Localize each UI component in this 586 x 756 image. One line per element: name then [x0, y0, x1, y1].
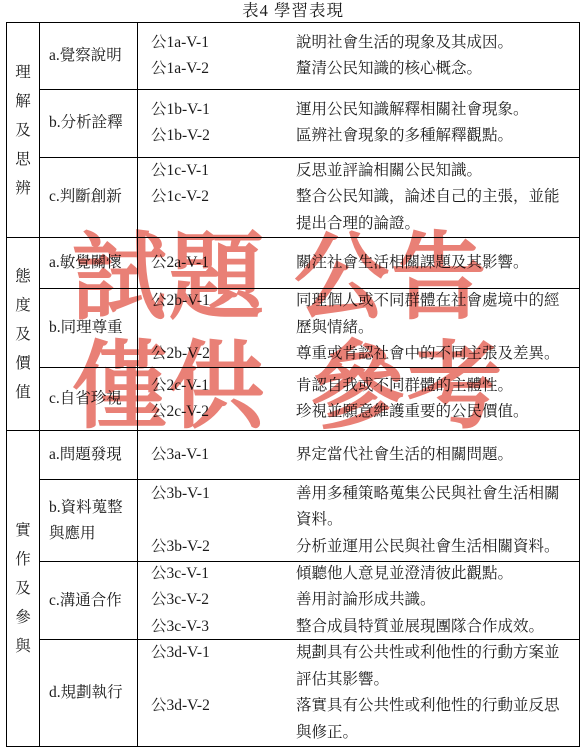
- category-cell: 實作及參與: [7, 431, 40, 746]
- content-line: 公3c-V-2善用討論形成共識。: [151, 587, 579, 614]
- category-char: 及: [15, 574, 31, 603]
- content-line: 公3b-V-1善用多種策略蒐集公民與社會生活相關 資料。: [151, 481, 579, 534]
- table-row: a.敏覺關懷公2a-V-1關注社會生活相關課題及其影響。: [40, 238, 579, 289]
- code-cell: 公2c-V-1: [151, 373, 296, 400]
- code-cell: 公1b-V-2: [151, 123, 296, 150]
- code-cell: 公1c-V-2: [151, 184, 296, 211]
- row-content: 公3d-V-1規劃具有公共性或利他性的行動方案並 評估其影響。公3d-V-2落實…: [138, 640, 579, 746]
- category-char: 思: [15, 145, 31, 174]
- content-line: 公1b-V-1運用公民知識解釋相關社會現象。: [151, 97, 579, 124]
- description-cell: 規劃具有公共性或利他性的行動方案並 評估其影響。: [296, 640, 570, 693]
- code-cell: 公2b-V-1: [151, 288, 296, 315]
- description-cell: 善用討論形成共識。: [296, 587, 570, 614]
- description-cell: 傾聽他人意見並澄清彼此觀點。: [296, 561, 570, 588]
- code-cell: 公1b-V-1: [151, 97, 296, 124]
- category-cell: 態度及價值: [7, 238, 40, 430]
- category-char: 與: [15, 632, 31, 661]
- category-char: 解: [15, 87, 31, 116]
- row-content: 公1a-V-1說明社會生活的現象及其成因。公1a-V-2釐清公民知識的核心概念。: [138, 23, 579, 89]
- code-cell: 公2b-V-2: [151, 341, 296, 368]
- category-char: 理: [15, 58, 31, 87]
- content-line: 公3c-V-1傾聽他人意見並澄清彼此觀點。: [151, 561, 579, 588]
- row-label: a.敏覺關懷: [40, 238, 138, 288]
- code-cell: 公3c-V-1: [151, 561, 296, 588]
- row-content: 公2a-V-1關注社會生活相關課題及其影響。: [138, 238, 579, 288]
- row-content: 公1c-V-1反思並評論相關公民知識。公1c-V-2整合公民知識，論述自己的主張…: [138, 158, 579, 238]
- table-row: c.自省珍視公2c-V-1肯認自我或不同群體的主體性。公2c-V-2珍視並願意維…: [40, 368, 579, 430]
- row-content: 公3c-V-1傾聽他人意見並澄清彼此觀點。公3c-V-2善用討論形成共識。公3c…: [138, 562, 579, 639]
- row-label: a.覺察說明: [40, 23, 138, 89]
- table-section: 態度及價值a.敏覺關懷公2a-V-1關注社會生活相關課題及其影響。b.同理尊重公…: [7, 238, 579, 431]
- row-label: b.分析詮釋: [40, 90, 138, 156]
- code-cell: 公3d-V-1: [151, 640, 296, 667]
- code-cell: 公2a-V-1: [151, 250, 296, 277]
- row-label: a.問題發現: [40, 431, 138, 479]
- code-cell: 公2c-V-2: [151, 399, 296, 426]
- description-cell: 運用公民知識解釋相關社會現象。: [296, 97, 570, 124]
- category-char: 實: [15, 516, 31, 545]
- row-label: c.判斷創新: [40, 158, 138, 238]
- content-line: 公1b-V-2區辨社會現象的多種解釋觀點。: [151, 123, 579, 150]
- description-cell: 肯認自我或不同群體的主體性。: [296, 373, 570, 400]
- table-title: 表4 學習表現: [0, 1, 586, 21]
- code-cell: 公1a-V-2: [151, 56, 296, 83]
- description-cell: 珍視並願意維護重要的公民價值。: [296, 399, 570, 426]
- category-char: 及: [15, 320, 31, 349]
- table-section: 實作及參與a.問題發現公3a-V-1界定當代社會生活的相關問題。b.資料蒐整 與…: [7, 431, 579, 746]
- category-char: 態: [15, 262, 31, 291]
- content-line: 公3d-V-1規劃具有公共性或利他性的行動方案並 評估其影響。: [151, 640, 579, 693]
- content-line: 公2a-V-1關注社會生活相關課題及其影響。: [151, 250, 579, 277]
- table-section: 理解及思辨a.覺察說明公1a-V-1說明社會生活的現象及其成因。公1a-V-2釐…: [7, 23, 579, 238]
- row-content: 公3a-V-1界定當代社會生活的相關問題。: [138, 431, 579, 479]
- code-cell: 公1c-V-1: [151, 158, 296, 185]
- code-cell: 公3b-V-1: [151, 481, 296, 508]
- category-char: 值: [15, 378, 31, 407]
- description-cell: 整合公民知識，論述自己的主張，並能 提出合理的論證。: [296, 184, 570, 237]
- row-label: c.自省珍視: [40, 368, 138, 430]
- description-cell: 落實具有公共性或利他性的行動並反思 與修正。: [296, 693, 570, 746]
- content-line: 公2c-V-1肯認自我或不同群體的主體性。: [151, 373, 579, 400]
- description-cell: 界定當代社會生活的相關問題。: [296, 442, 570, 469]
- table-row: c.判斷創新公1c-V-1反思並評論相關公民知識。公1c-V-2整合公民知識，論…: [40, 158, 579, 238]
- row-label: c.溝通合作: [40, 562, 138, 639]
- code-cell: 公3a-V-1: [151, 442, 296, 469]
- category-char: 價: [15, 349, 31, 378]
- description-cell: 反思並評論相關公民知識。: [296, 158, 570, 185]
- content-line: 公3c-V-3整合成員特質並展現團隊合作成效。: [151, 614, 579, 641]
- code-cell: 公3c-V-2: [151, 587, 296, 614]
- row-content: 公1b-V-1運用公民知識解釋相關社會現象。公1b-V-2區辨社會現象的多種解釋…: [138, 90, 579, 156]
- description-cell: 釐清公民知識的核心概念。: [296, 56, 570, 83]
- table-row: c.溝通合作公3c-V-1傾聽他人意見並澄清彼此觀點。公3c-V-2善用討論形成…: [40, 562, 579, 640]
- table-row: a.問題發現公3a-V-1界定當代社會生活的相關問題。: [40, 431, 579, 480]
- content-line: 公1c-V-2整合公民知識，論述自己的主張，並能 提出合理的論證。: [151, 184, 579, 237]
- category-cell: 理解及思辨: [7, 23, 40, 237]
- category-char: 參: [15, 603, 31, 632]
- table-row: b.同理尊重公2b-V-1同理個人或不同群體在社會處境中的經 歷與情緒。公2b-…: [40, 289, 579, 368]
- content-line: 公2b-V-2尊重或肯認社會中的不同主張及差異。: [151, 341, 579, 368]
- description-cell: 同理個人或不同群體在社會處境中的經 歷與情緒。: [296, 288, 570, 341]
- content-line: 公3a-V-1界定當代社會生活的相關問題。: [151, 442, 579, 469]
- content-line: 公1a-V-1說明社會生活的現象及其成因。: [151, 30, 579, 57]
- content-line: 公2b-V-1同理個人或不同群體在社會處境中的經 歷與情緒。: [151, 288, 579, 341]
- row-label: b.同理尊重: [40, 289, 138, 367]
- row-content: 公2b-V-1同理個人或不同群體在社會處境中的經 歷與情緒。公2b-V-2尊重或…: [138, 289, 579, 367]
- description-cell: 區辨社會現象的多種解釋觀點。: [296, 123, 570, 150]
- category-char: 度: [15, 291, 31, 320]
- content-line: 公3d-V-2落實具有公共性或利他性的行動並反思 與修正。: [151, 693, 579, 746]
- table-row: b.資料蒐整 與應用公3b-V-1善用多種策略蒐集公民與社會生活相關 資料。公3…: [40, 480, 579, 562]
- table-row: b.分析詮釋公1b-V-1運用公民知識解釋相關社會現象。公1b-V-2區辨社會現…: [40, 90, 579, 157]
- content-line: 公2c-V-2珍視並願意維護重要的公民價值。: [151, 399, 579, 426]
- table-row: a.覺察說明公1a-V-1說明社會生活的現象及其成因。公1a-V-2釐清公民知識…: [40, 23, 579, 90]
- code-cell: 公3d-V-2: [151, 693, 296, 720]
- description-cell: 整合成員特質並展現團隊合作成效。: [296, 614, 570, 641]
- table-row: d.規劃執行公3d-V-1規劃具有公共性或利他性的行動方案並 評估其影響。公3d…: [40, 640, 579, 746]
- code-cell: 公3b-V-2: [151, 534, 296, 561]
- category-char: 作: [15, 545, 31, 574]
- row-label: b.資料蒐整 與應用: [40, 480, 138, 561]
- row-content: 公2c-V-1肯認自我或不同群體的主體性。公2c-V-2珍視並願意維護重要的公民…: [138, 368, 579, 430]
- description-cell: 關注社會生活相關課題及其影響。: [296, 250, 570, 277]
- content-line: 公1c-V-1反思並評論相關公民知識。: [151, 158, 579, 185]
- learning-performance-table: 理解及思辨a.覺察說明公1a-V-1說明社會生活的現象及其成因。公1a-V-2釐…: [6, 22, 580, 747]
- description-cell: 善用多種策略蒐集公民與社會生活相關 資料。: [296, 481, 570, 534]
- category-char: 辨: [15, 174, 31, 203]
- description-cell: 說明社會生活的現象及其成因。: [296, 30, 570, 57]
- code-cell: 公3c-V-3: [151, 614, 296, 641]
- description-cell: 尊重或肯認社會中的不同主張及差異。: [296, 341, 570, 368]
- document-page: 表4 學習表現 理解及思辨a.覺察說明公1a-V-1說明社會生活的現象及其成因。…: [0, 0, 586, 756]
- content-line: 公3b-V-2分析並運用公民與社會生活相關資料。: [151, 534, 579, 561]
- row-content: 公3b-V-1善用多種策略蒐集公民與社會生活相關 資料。公3b-V-2分析並運用…: [138, 480, 579, 561]
- row-label: d.規劃執行: [40, 640, 138, 746]
- code-cell: 公1a-V-1: [151, 30, 296, 57]
- description-cell: 分析並運用公民與社會生活相關資料。: [296, 534, 570, 561]
- content-line: 公1a-V-2釐清公民知識的核心概念。: [151, 56, 579, 83]
- category-char: 及: [15, 116, 31, 145]
